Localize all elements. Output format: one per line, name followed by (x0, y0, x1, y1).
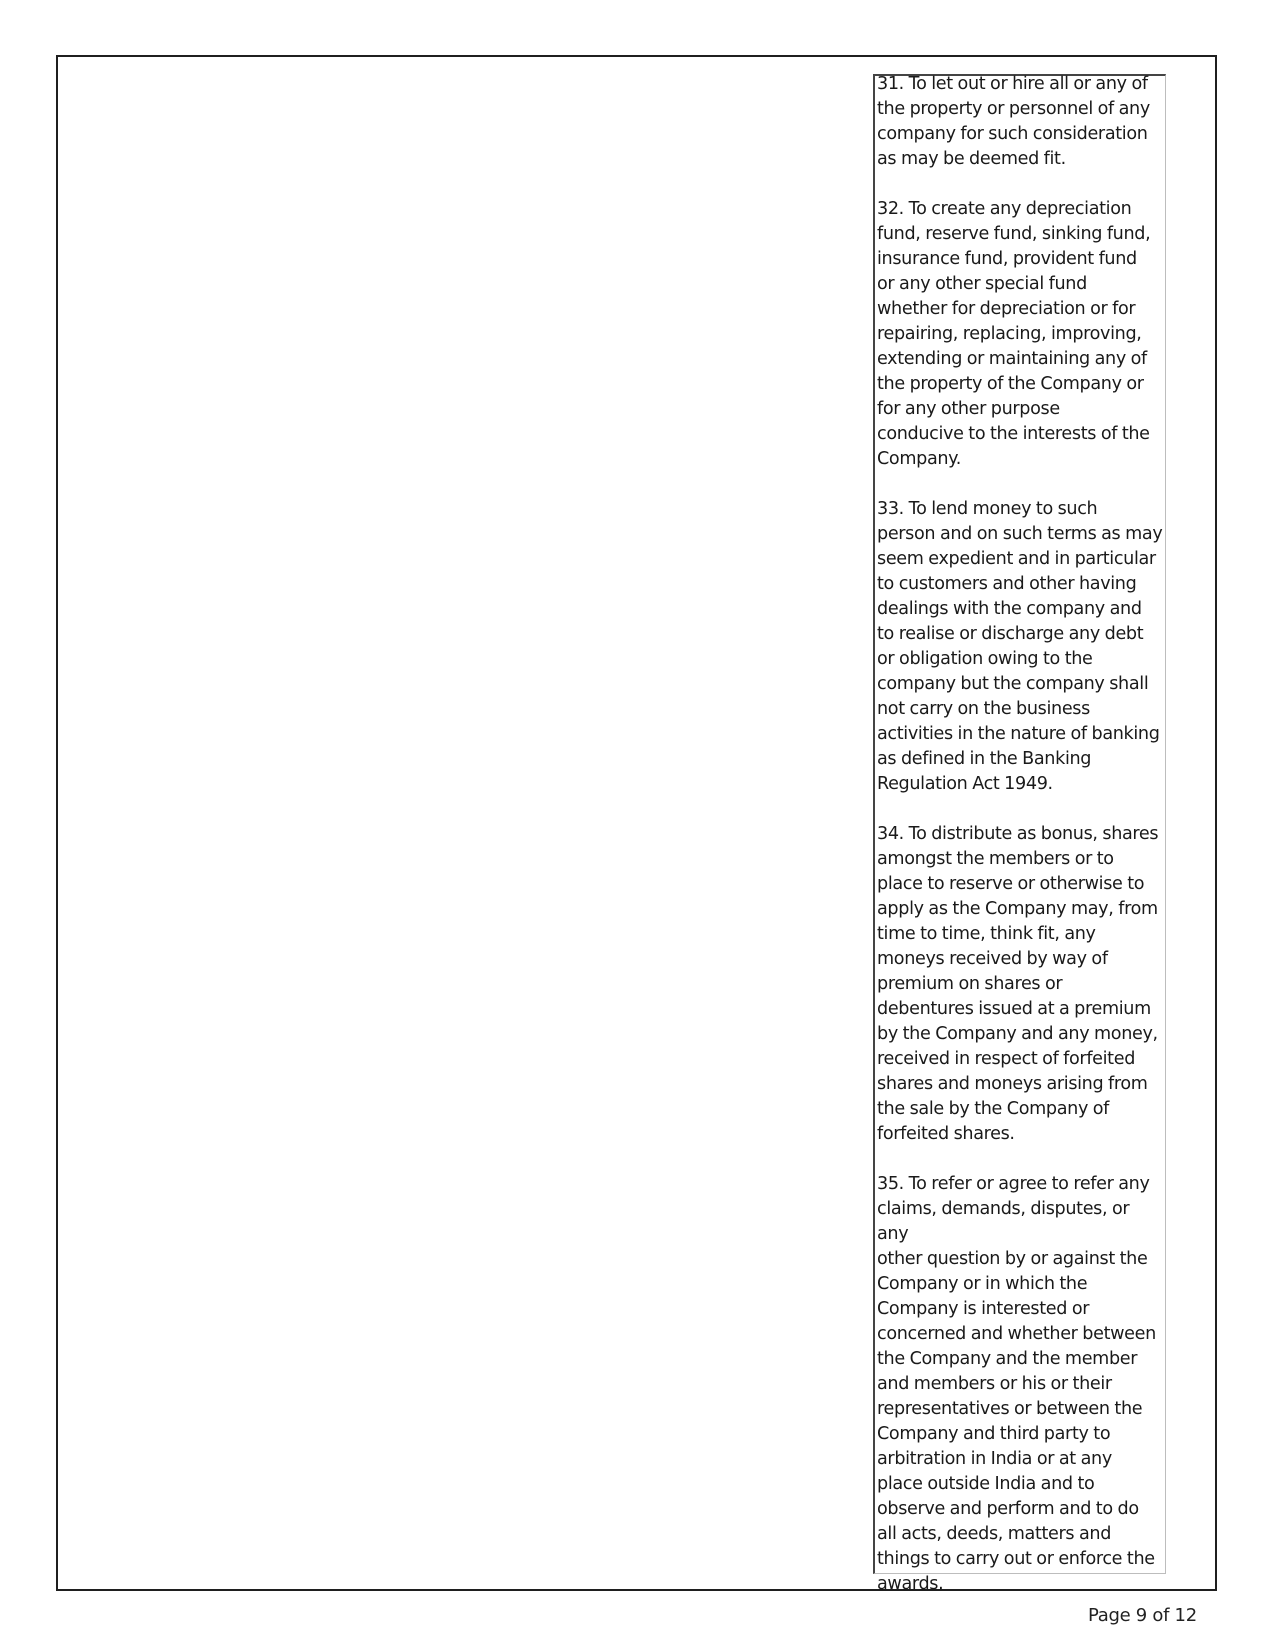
clause-34: 34. To distribute as bonus, shares among… (877, 822, 1165, 1147)
clause-35: 35. To refer or agree to refer any claim… (877, 1172, 1165, 1597)
page-number: Page 9 of 12 (1088, 1605, 1197, 1626)
objects-clause-cell: 31. To let out or hire all or any of the… (873, 74, 1166, 1574)
clause-33: 33. To lend money to such person and on … (877, 497, 1165, 797)
clause-32: 32. To create any depreciation fund, res… (877, 197, 1165, 472)
clause-31: 31. To let out or hire all or any of the… (877, 72, 1165, 172)
